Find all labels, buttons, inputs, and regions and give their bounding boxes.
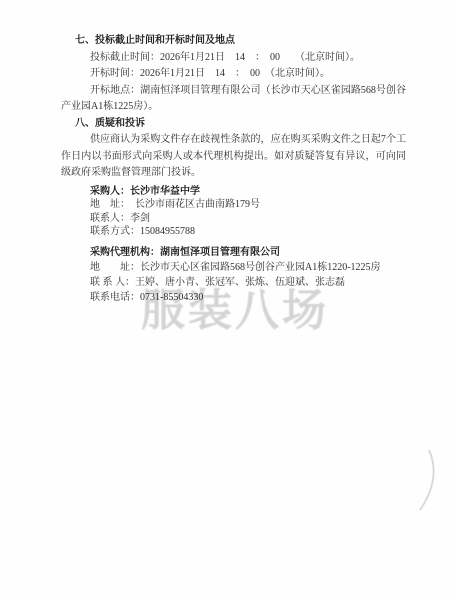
bid-opening-time-line: 开标时间：2026年1月21日 14 ： 00 （北京时间）。 (61, 66, 406, 83)
purchaser-contact-line: 联系人：李剑 (90, 212, 406, 226)
document-content: 七、投标截止时间和开标时间及地点 投标截止时间：2026年1月21日 14 ： … (0, 0, 450, 305)
document-page: 服装八场 七、投标截止时间和开标时间及地点 投标截止时间：2026年1月21日 … (0, 0, 450, 600)
scan-artifact-curve (414, 448, 440, 512)
agency-phone-line: 联系电话：0731-85504330 (90, 290, 406, 305)
agency-name-line: 采购代理机构：湖南恒泽项目管理有限公司 (90, 245, 406, 260)
agency-block: 采购代理机构：湖南恒泽项目管理有限公司 地 址：长沙市天心区雀园路568号创谷产… (90, 245, 406, 305)
agency-contacts-line: 联 系 人：王婷、唐小青、张冠军、张炼、伍迎斌、张志磊 (90, 275, 406, 290)
bid-deadline-line: 投标截止时间：2026年1月21日 14 ： 00 （北京时间）。 (61, 50, 406, 67)
agency-address-line: 地 址：长沙市天心区雀园路568号创谷产业园A1栋1220-1225房 (90, 260, 406, 275)
section-8-heading: 八、质疑和投诉 (75, 116, 406, 133)
purchaser-address-line: 地 址： 长沙市雨花区古曲南路179号 (90, 198, 406, 212)
purchaser-phone-line: 联系方式：15084955788 (90, 225, 406, 239)
purchaser-name-line: 采购人：长沙市华益中学 (90, 185, 406, 199)
purchaser-block: 采购人：长沙市华益中学 地 址： 长沙市雨花区古曲南路179号 联系人：李剑 联… (90, 185, 406, 239)
section-7-heading: 七、投标截止时间和开标时间及地点 (75, 33, 406, 50)
complaint-paragraph: 供应商认为采购文件存在歧视性条款的，应在购买采购文件之日起7个工作日内以书面形式… (61, 132, 406, 182)
bid-opening-location-line: 开标地点：湖南恒泽项目管理有限公司（长沙市天心区雀园路568号创谷产业园A1栋1… (61, 83, 406, 116)
